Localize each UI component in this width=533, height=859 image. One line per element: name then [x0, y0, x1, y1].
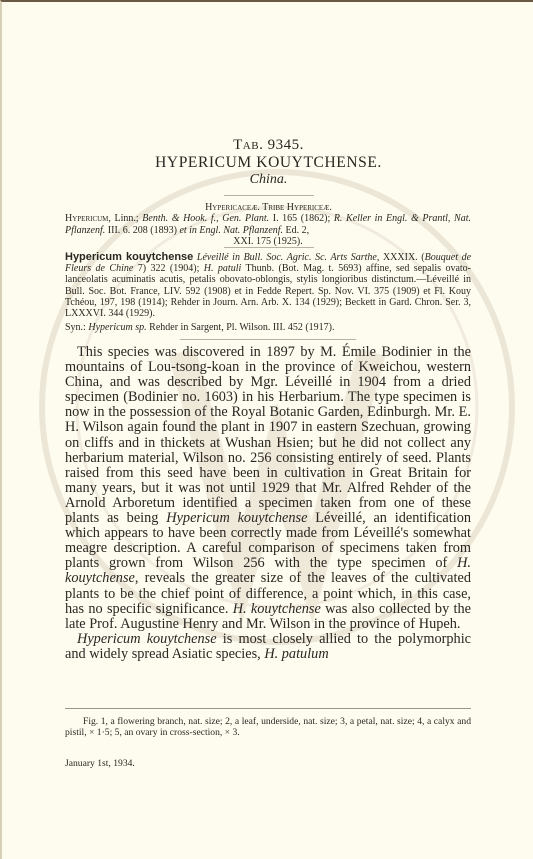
species-name: Hypericum kouytchense	[65, 251, 193, 263]
publication-date: January 1st, 1934.	[65, 758, 135, 769]
divider	[224, 247, 314, 248]
species-reference: Hypericum kouytchense Léveillé in Bull. …	[65, 252, 471, 319]
figure-caption: Fig. 1, a flowering branch, nat. size; 2…	[65, 716, 471, 738]
body-text: This species was discovered in 1897 by M…	[65, 345, 471, 662]
paragraph: This species was discovered in 1897 by M…	[65, 345, 471, 632]
document-page: Tab. 9345. HYPERICUM KOUYTCHENSE. China.…	[0, 0, 533, 859]
page-title: HYPERICUM KOUYTCHENSE.	[2, 154, 533, 172]
paragraph: Hypericum kouytchense is most closely al…	[65, 632, 471, 662]
footnote-divider	[65, 708, 471, 709]
family-line: Hypericaceæ. Tribe Hypericeæ.	[2, 202, 533, 213]
region-label: China.	[2, 172, 533, 188]
genus-reference: Hypericum, Linn.; Benth. & Hook. f., Gen…	[65, 213, 471, 248]
synonym-line: Syn.: Hypericum sp. Rehder in Sargent, P…	[65, 322, 471, 333]
divider	[224, 195, 314, 196]
genus-name: Hypericum	[65, 213, 108, 224]
plate-number: Tab. 9345.	[2, 137, 533, 154]
divider	[180, 339, 356, 340]
